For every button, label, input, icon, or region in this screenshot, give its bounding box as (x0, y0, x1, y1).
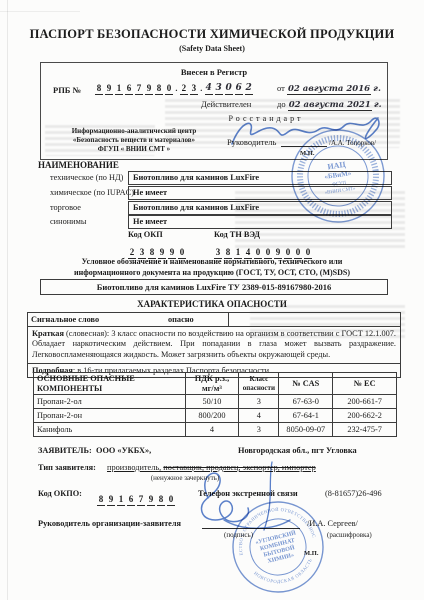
applicant-type-value: производитель, поставщик, продавец, эксп… (107, 463, 316, 472)
col-components: ОСНОВНЫЕ ОПАСНЫЕ КОМПОНЕНТЫ (34, 373, 186, 395)
component-ec: 200-661-7 (333, 395, 397, 409)
naming-value-synonyms: Не имеет (128, 215, 392, 229)
stamp-text: «УГЛОВСКИЙ (254, 528, 296, 546)
hazard-brief: Краткая (словесная): 3 класс опасности п… (28, 327, 400, 364)
naming-label-chemical: химическое (по IUPAC) (50, 188, 134, 197)
date-from-suffix: г. (373, 84, 381, 94)
mp-seal-label: М.П. (304, 550, 318, 557)
component-pdk: 4 (185, 423, 239, 437)
table-row: Пропан-2-он 800/200 4 67-64-1 200-662-2 (34, 409, 397, 423)
col-hazard-class: Класс опасности (239, 373, 279, 395)
stamp-text: ИАЦ (327, 160, 347, 172)
components-table: ОСНОВНЫЕ ОПАСНЫЕ КОМПОНЕНТЫ ПДК р.з., мг… (33, 372, 397, 437)
type-note: (ненужное зачеркнуть) (110, 474, 260, 482)
applicant-round-stamp: ОБЩЕСТВО С ОГРАНИЧЕННОЙ ОТВЕТСТВЕННОСТЬЮ… (216, 488, 340, 600)
naming-label-technical: техническое (по НД) (50, 173, 123, 182)
date-to-label: до (277, 99, 286, 109)
component-class: 3 (239, 395, 279, 409)
hazard-brief-label: Краткая (32, 329, 64, 338)
okpo-value: 89167980 (97, 488, 175, 506)
col-cas: № CAS (279, 373, 333, 395)
table-row: Канифоль 4 3 8050-09-07 232-475-7 (34, 423, 397, 437)
applicant-head-name: /И.А. Сергеев/ (307, 519, 358, 528)
component-ec: 232-475-7 (333, 423, 397, 437)
rpb-number-part3: 43062 (205, 83, 253, 95)
center-name-line2: «Безопасность веществ и материалов» (45, 136, 223, 145)
component-pdk: 800/200 (185, 409, 239, 423)
valid-label: Действителен (201, 99, 251, 109)
naming-label-trade: торговое (50, 203, 81, 212)
tnved-code-label: Код ТН ВЭД (214, 230, 260, 239)
scan-edge (0, 11, 80, 12)
separator-dot: · (198, 85, 205, 95)
emergency-phone-label: Телефон экстренной связи (198, 489, 298, 498)
col-pdk: ПДК р.з., мг/м³ (185, 373, 239, 395)
head-label: Руководитель (227, 137, 276, 147)
hazard-heading: ХАРАКТЕРИСТИКА ОПАСНОСТИ (0, 299, 424, 309)
signal-word-row: Сигнальное слово опасно (28, 313, 400, 327)
hazard-block: Сигнальное слово опасно Краткая (словесн… (27, 312, 401, 378)
okp-code-label: Код ОКП (128, 230, 163, 239)
col-ec: № ЕС (333, 373, 397, 395)
name-note: (расшифровка) (327, 531, 372, 539)
stamp-ring-bottom-text: НОВГОРОДСКАЯ ОБЛАСТЬ (252, 557, 317, 591)
safety-data-sheet-page: ПАСПОРТ БЕЗОПАСНОСТИ ХИМИЧЕСКОЙ ПРОДУКЦИ… (0, 0, 424, 600)
type-producer: производитель, (107, 463, 163, 472)
component-class: 4 (239, 409, 279, 423)
date-from-value: 02 августа 2016 (287, 84, 371, 95)
signature-note: (подпись) (224, 531, 253, 539)
okpo-digits: 89167980 (97, 494, 175, 506)
center-name-line1: Информационно-аналитический центр (45, 127, 223, 136)
docref-value: Биотопливо для каминов LuxFire ТУ 2389-0… (40, 279, 388, 295)
date-from-label: от (277, 83, 285, 93)
component-cas: 67-63-0 (279, 395, 333, 409)
issuing-center-name: Информационно-аналитический центр «Безоп… (45, 127, 223, 154)
naming-value-technical: Биотопливо для каминов LuxFire (128, 171, 392, 185)
signature-line (202, 519, 300, 529)
signal-word-label: Сигнальное слово (31, 313, 99, 326)
type-struck-options: поставщик, продавец, экспортер, импортер (163, 463, 315, 472)
date-issued: от 02 августа 2016 г. (277, 83, 381, 94)
rpb-number-label: РПБ № (53, 85, 81, 95)
applicant-type-label: Тип заявителя: (38, 463, 96, 472)
applicant-location: Новгородская обл., пгт Угловка (238, 446, 357, 455)
date-to-suffix: г. (374, 100, 382, 110)
applicant-head-label: Руководитель организации-заявителя (38, 519, 181, 528)
applicant-name: ООО «УКБХ», (96, 446, 151, 455)
component-cas: 8050-09-07 (279, 423, 333, 437)
rpb-number-part2: 23 (180, 83, 198, 95)
applicant-label: ЗАЯВИТЕЛЬ: (38, 446, 92, 455)
table-row: Пропан-2-ол 50/10 3 67-63-0 200-661-7 (34, 395, 397, 409)
head-name: /А.А. Топорков/ (329, 139, 376, 147)
stamp-text: КОМБИНАТ (259, 538, 295, 552)
naming-label-synonyms: синонимы (50, 217, 86, 226)
rosstandart-label: Росстандарт (171, 114, 361, 123)
docref-heading: Условное обозначение и наименование норм… (20, 257, 404, 278)
okpo-label: Код ОКПО: (38, 489, 82, 498)
date-to-value: 02 августа 2021 (288, 100, 372, 111)
naming-value-chemical: Не имеет (128, 186, 392, 200)
registry-box: Внесен в Регистр РПБ № 89167980·23·43062… (40, 62, 388, 160)
naming-heading: НАИМЕНОВАНИЕ (38, 160, 119, 170)
rpb-number-part1: 89167980 (95, 83, 173, 95)
docref-heading-line1: Условное обозначение и наименование норм… (20, 257, 404, 268)
mp-seal-label: М.П. (300, 150, 314, 157)
separator-dot: · (173, 85, 180, 95)
docref-heading-line2: информационного документа на продукцию (… (20, 268, 404, 279)
component-name: Пропан-2-он (34, 409, 186, 423)
svg-text:НОВГОРОДСКАЯ ОБЛАСТЬ: НОВГОРОДСКАЯ ОБЛАСТЬ (252, 557, 317, 591)
date-valid-until: до 02 августа 2021 г. (277, 99, 382, 110)
rpb-number: 89167980·23·43062 (95, 83, 253, 95)
naming-value-trade: Биотопливо для каминов LuxFire (128, 201, 392, 215)
signature-line (281, 137, 327, 147)
component-cas: 67-64-1 (279, 409, 333, 423)
signal-word-value: опасно (168, 313, 194, 326)
component-class: 3 (239, 423, 279, 437)
emergency-phone-value: (8-81657)26-496 (325, 489, 382, 498)
document-title: ПАСПОРТ БЕЗОПАСНОСТИ ХИМИЧЕСКОЙ ПРОДУКЦИ… (0, 27, 424, 42)
stamp-text: БЫТОВОЙ (263, 543, 296, 559)
hazard-brief-text: (словесная): 3 класс опасности по воздей… (32, 329, 396, 359)
component-name: Пропан-2-ол (34, 395, 186, 409)
document-subtitle: (Safety Data Sheet) (0, 44, 424, 53)
stamp-text: ХИМИИ» (267, 552, 295, 564)
component-ec: 200-662-2 (333, 409, 397, 423)
component-pdk: 50/10 (185, 395, 239, 409)
center-name-line3: ФГУП « ВНИИ СМТ » (45, 145, 223, 154)
registry-header: Внесен в Регистр (41, 67, 387, 77)
table-header-row: ОСНОВНЫЕ ОПАСНЫЕ КОМПОНЕНТЫ ПДК р.з., мг… (34, 373, 397, 395)
component-name: Канифоль (34, 423, 186, 437)
